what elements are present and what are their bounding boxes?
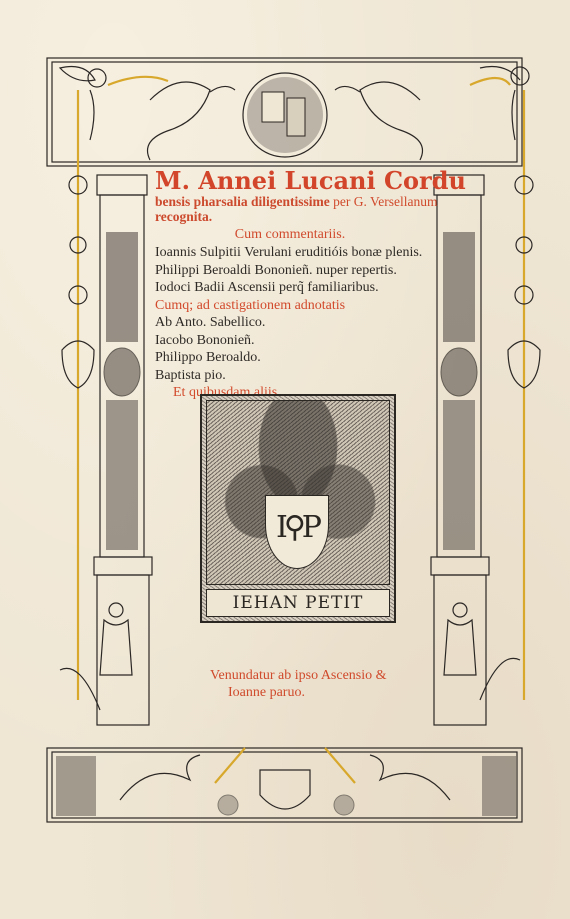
title-block: M. Annei Lucani Cordu bensis pharsalia d… bbox=[155, 168, 445, 402]
shield-icon: I⚲P bbox=[265, 495, 329, 569]
annotations-heading: Cumq; ad castigationem adnotatis bbox=[155, 297, 445, 315]
shield-monogram: I⚲P bbox=[266, 510, 328, 545]
imprint: Venundatur ab ipso Ascensio & Ioanne par… bbox=[210, 667, 387, 701]
annotation-line-1: Ab Anto. Sabellico. bbox=[155, 314, 445, 332]
annotation-line-4: Baptista pio. bbox=[155, 367, 445, 385]
commentary-line-2: Philippi Beroaldi Bononieñ. nuper repert… bbox=[155, 262, 445, 280]
commentary-line-3: Iodoci Badii Ascensii perq̃ familiaribus… bbox=[155, 279, 445, 297]
imprint-line-2: Ioanne paruo. bbox=[210, 684, 387, 701]
title-line-2-editor: per G. Versellanum bbox=[333, 194, 437, 209]
commentary-line-1: Ioannis Sulpitii Verulani eruditióis bon… bbox=[155, 244, 445, 262]
printer-name-banner: IEHAN PETIT bbox=[206, 589, 390, 617]
title-line-3: recognita. bbox=[155, 209, 445, 224]
woodcut-illustration: I⚲P bbox=[206, 400, 390, 585]
title-line-2-red: bensis pharsalia diligentissime bbox=[155, 194, 330, 209]
annotation-line-2: Iacobo Bononieñ. bbox=[155, 332, 445, 350]
title-main: M. Annei Lucani Cordu bbox=[155, 168, 445, 194]
printers-device-woodcut: I⚲P IEHAN PETIT bbox=[200, 394, 396, 623]
commentary-heading: Cum commentariis. bbox=[155, 226, 425, 244]
imprint-line-1: Venundatur ab ipso Ascensio & bbox=[210, 667, 387, 684]
title-line-2: bensis pharsalia diligentissime per G. V… bbox=[155, 194, 445, 209]
annotation-line-3: Philippo Beroaldo. bbox=[155, 349, 445, 367]
